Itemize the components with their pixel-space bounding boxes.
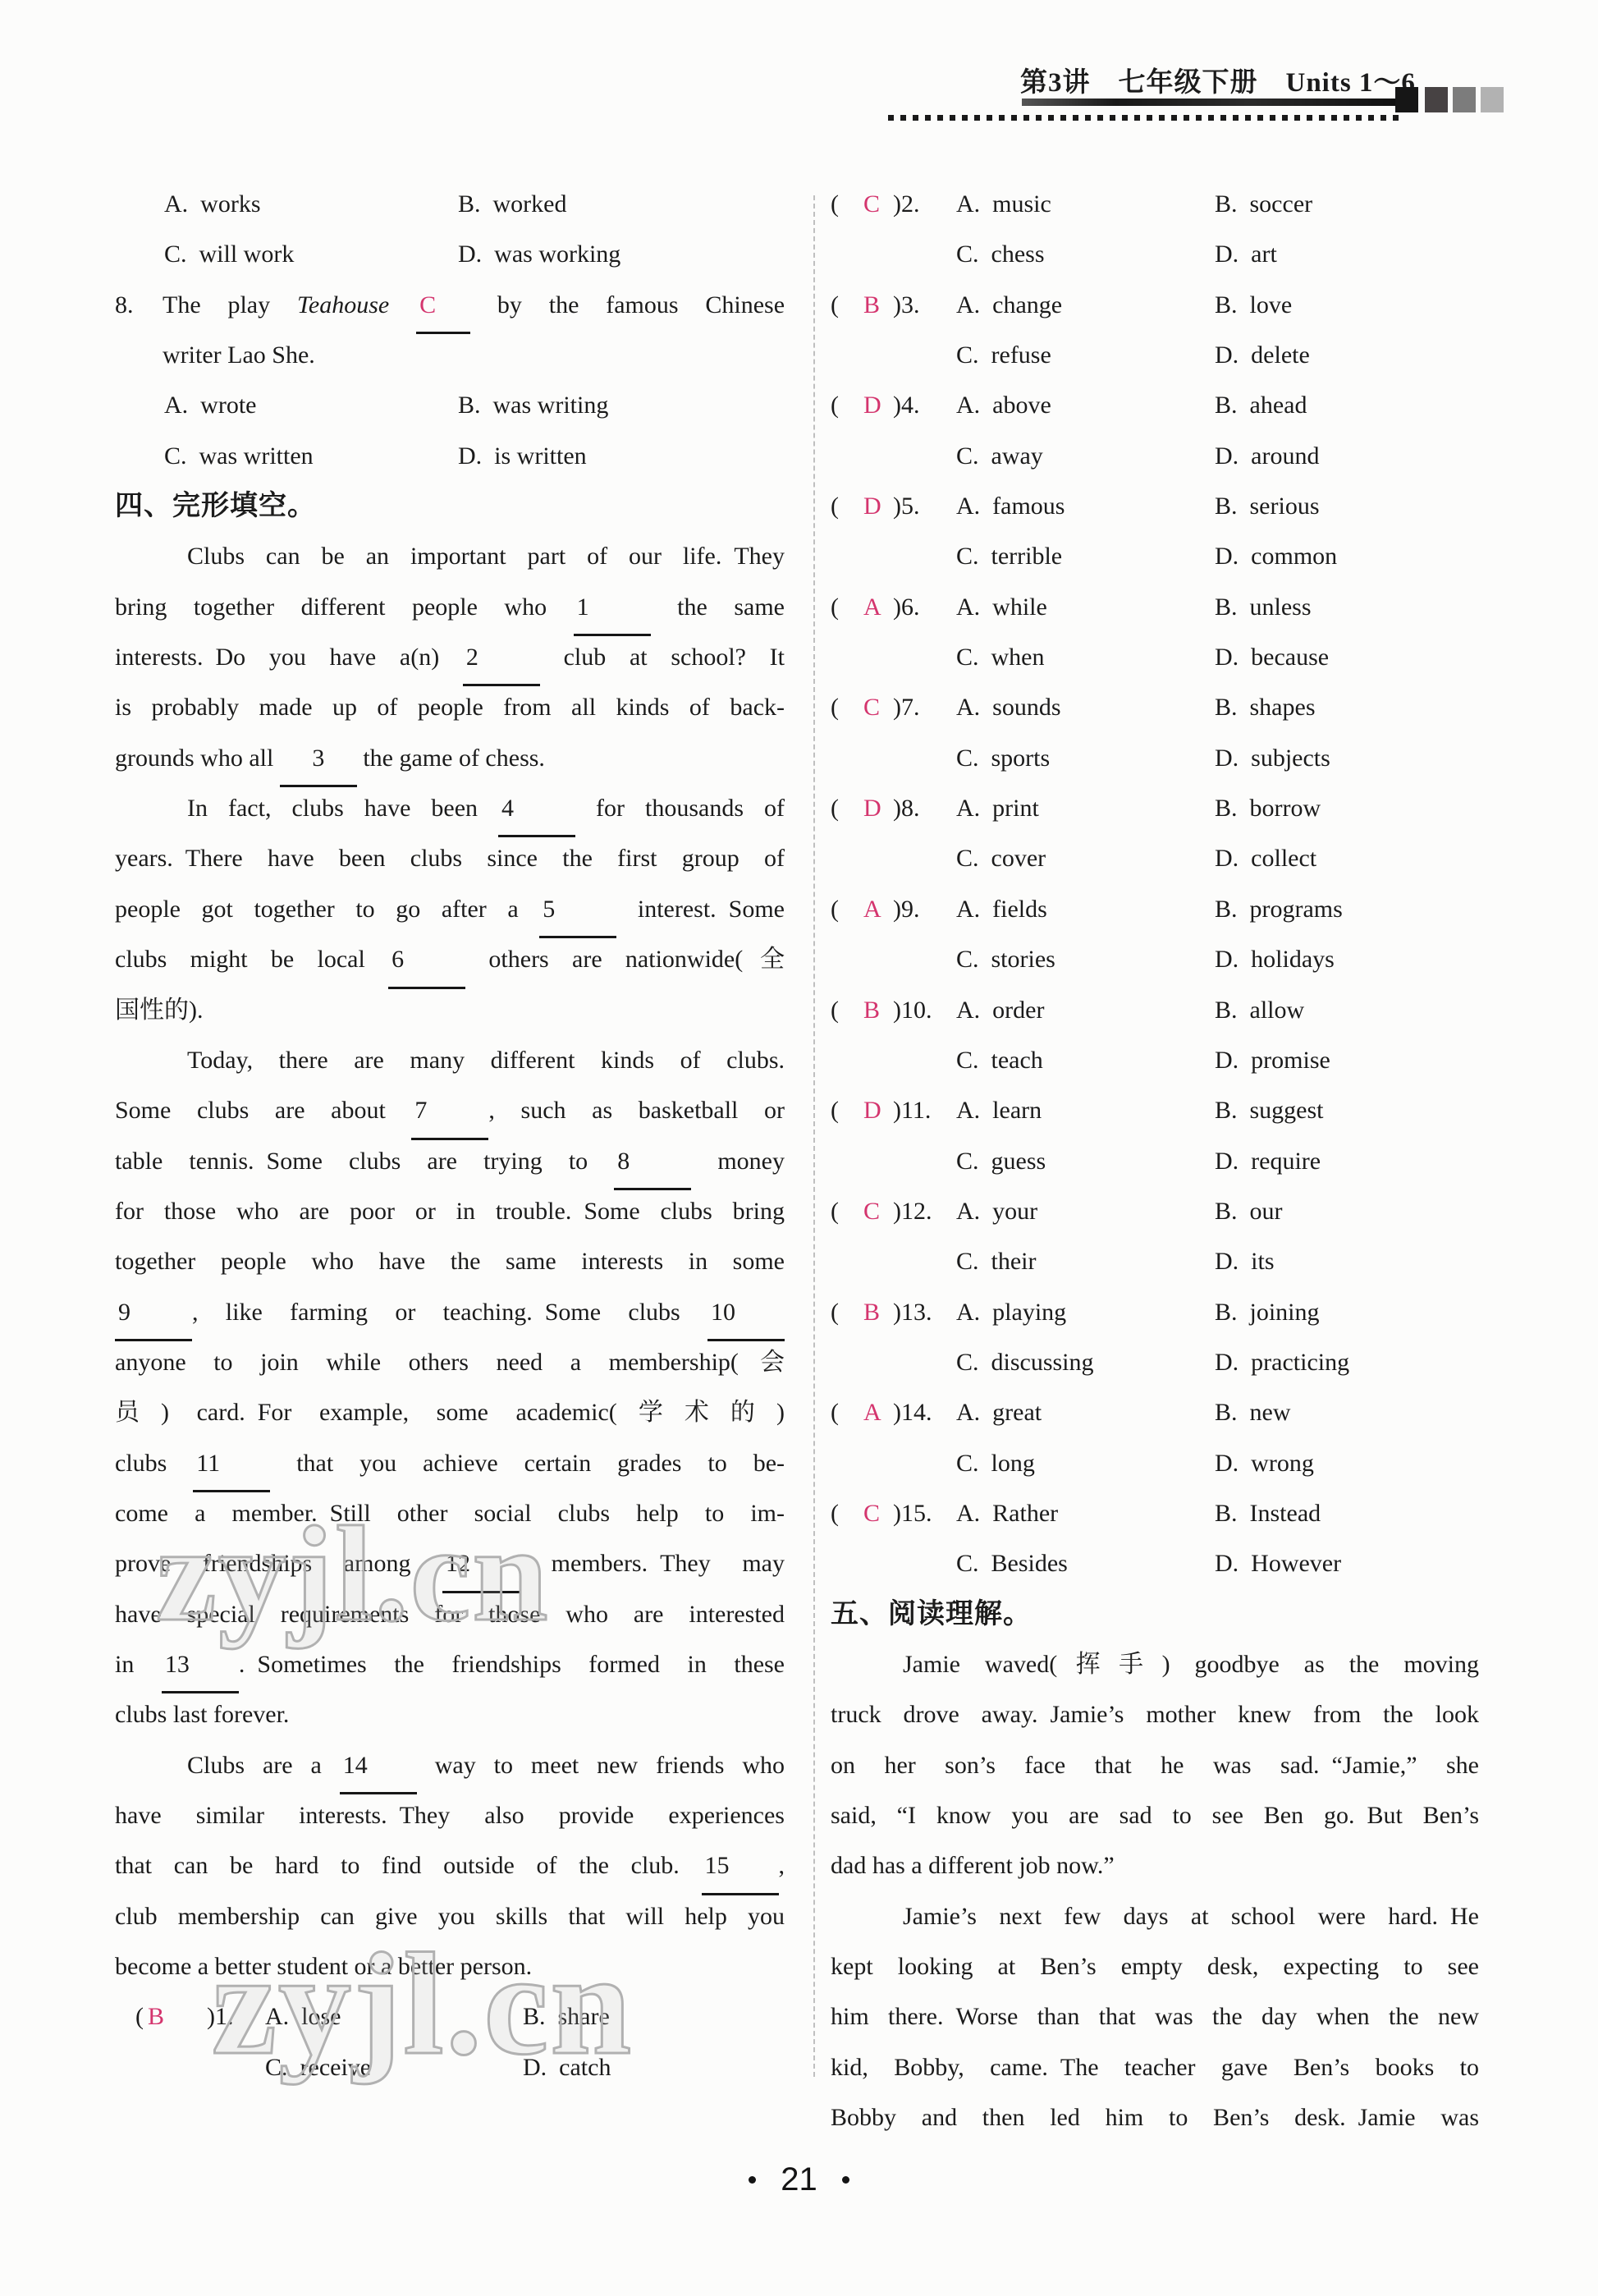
option-c: C. receive [265,2042,371,2092]
option-b: B. our [1215,1186,1283,1236]
mcq-item-9: (A)9.A. fieldsB. programs [831,884,1479,934]
mcq-item-1: (B)1.A. loseB. share [115,1991,785,2042]
header-underline-bar [1022,99,1398,106]
option-a: A. learn [956,1085,1042,1135]
question-number: )4. [893,380,920,430]
mcq-item-2-line2: C. chessD. art [831,229,1479,279]
passage-line: Bobby and then led him to Ben’s desk. Ja… [831,2092,1479,2142]
answer-letter: B [863,1287,880,1337]
open-paren: ( [831,179,839,229]
option-b: B. share [523,1991,610,2042]
cloze-line: Some clubs are about 7, such as basketba… [115,1085,785,1135]
header-square [1425,87,1448,112]
footer-dot [842,2176,849,2184]
cloze-line: In fact, clubs have been 4 for thousands… [115,783,785,833]
option-d: D. was working [458,229,620,279]
question-number: )14. [893,1387,932,1437]
answer-letter: C [863,1186,880,1236]
page-number: 21 [781,2161,817,2198]
option-b: B. Instead [1215,1488,1321,1538]
passage-line: kept looking at Ben’s empty desk, expect… [831,1941,1479,1991]
option-d: D. promise [1215,1035,1330,1085]
question-number: )15. [893,1488,932,1538]
option-b: B. borrow [1215,783,1321,833]
question-number: )13. [893,1287,932,1337]
mcq-item-9-line2: C. storiesD. holidays [831,934,1479,984]
mcq-item-13-line2: C. discussingD. practicing [831,1337,1479,1387]
open-paren: ( [135,1991,144,2042]
option-a: A. while [956,582,1047,632]
mcq-item-14-line2: C. longD. wrong [831,1438,1479,1488]
question-number: )1. [207,1991,234,2042]
cloze-line: clubs might be local 6 others are nation… [115,934,785,984]
open-paren: ( [831,1085,839,1135]
answer-letter: B [863,985,880,1035]
cloze-blank-2: 2 [463,632,540,686]
cloze-blank-12: 12 [442,1538,520,1593]
answer-letter: D [863,380,881,430]
option-a: A. sounds [956,682,1061,732]
option-c: C. was written [164,431,314,481]
cloze-line: 员) card. For example, some academic(学术的) [115,1387,785,1437]
option-c: C. away [956,431,1043,481]
passage-line: him there. Worse than that was the day w… [831,1991,1479,2042]
option-c: C. terrible [956,531,1062,581]
mcq-item-4: (D)4.A. aboveB. ahead [831,380,1479,430]
header-square [1481,87,1504,112]
question-number: 8. [115,280,163,330]
passage-line: said, “I know you are sad to see Ben go.… [831,1790,1479,1840]
answer-letter: C [419,291,436,319]
option-b: B. serious [1215,481,1320,531]
open-paren: ( [831,380,839,430]
option-a: A. above [956,380,1051,430]
option-c: C. chess [956,229,1045,279]
option-a: A. lose [265,1991,341,2042]
option-b: B. joining [1215,1287,1320,1337]
cloze-blank-11: 11 [193,1438,270,1492]
option-a: A. your [956,1186,1037,1236]
answer-letter: B [148,1991,164,2042]
right-column: (C)2.A. musicB. soccerC. chessD. art(B)3… [831,179,1479,2142]
question-number: )8. [893,783,920,833]
question-number: )12. [893,1186,932,1236]
question-number: )11. [893,1085,931,1135]
option-c: C. sports [956,733,1050,783]
option-d: D. is written [458,431,587,481]
header-square [1395,87,1418,112]
section-4-title: 四、完形填空。 [115,481,785,531]
mcq-item-10: (B)10.A. orderB. allow [831,985,1479,1035]
option-b: B. new [1215,1387,1291,1437]
cloze-line: together people who have the same intere… [115,1236,785,1286]
option-a: A. music [956,179,1051,229]
option-d: D. around [1215,431,1319,481]
option-c: C. their [956,1236,1037,1286]
option-c: C. teach [956,1035,1043,1085]
option-d: D. its [1215,1236,1275,1286]
option-d: D. because [1215,632,1329,682]
option-row: A. worksB. worked [115,179,785,229]
cloze-line: Clubs are a 14 way to meet new friends w… [115,1740,785,1790]
workbook-page: 第3讲 七年级下册 Units 1～6 A. worksB. workedC. … [0,0,1598,2296]
cloze-line: people got together to go after a 5 inte… [115,884,785,934]
open-paren: ( [831,682,839,732]
open-paren: ( [831,1488,839,1538]
option-d: D. collect [1215,833,1316,883]
section-5-title: 五、阅读理解。 [831,1589,1479,1639]
cloze-blank-13: 13 [162,1639,239,1693]
page-header-title: 第3讲 七年级下册 Units 1～6 [1020,61,1416,99]
cloze-line: in 13. Sometimes the friendships formed … [115,1639,785,1689]
option-row: C. was writtenD. is written [115,431,785,481]
mcq-item-10-line2: C. teachD. promise [831,1035,1479,1085]
option-c: C. Besides [956,1538,1068,1588]
option-a: A. print [956,783,1039,833]
option-a: A. fields [956,884,1047,934]
question-number: )7. [893,682,920,732]
option-d: D. delete [1215,330,1310,380]
passage-line: truck drove away. Jamie’s mother knew fr… [831,1689,1479,1739]
open-paren: ( [831,783,839,833]
question-number: )10. [893,985,932,1035]
option-d: D. art [1215,229,1277,279]
cloze-line: clubs last forever. [115,1689,785,1739]
cloze-blank-1: 1 [574,582,651,636]
answer-blank: C [416,280,470,334]
option-a: A. order [956,985,1044,1035]
option-d: D. subjects [1215,733,1330,783]
option-row: A. wroteB. was writing [115,380,785,430]
mcq-item-8-line2: C. coverD. collect [831,833,1479,883]
option-b: B. programs [1215,884,1343,934]
answer-letter: A [863,1387,881,1437]
cloze-line: bring together different people who 1 th… [115,582,785,632]
option-d: D. common [1215,531,1337,581]
option-row: C. will workD. was working [115,229,785,279]
answer-letter: C [863,682,880,732]
option-a: A. great [956,1387,1042,1437]
mcq-item-1-line2: C. receiveD. catch [115,2042,785,2092]
mcq-item-15-line2: C. BesidesD. However [831,1538,1479,1588]
option-c: C. long [956,1438,1035,1488]
header-square [1453,87,1476,112]
cloze-line: table tennis. Some clubs are trying to 8… [115,1136,785,1186]
mcq-item-3: (B)3.A. changeB. love [831,280,1479,330]
cloze-line: come a member. Still other social clubs … [115,1488,785,1538]
option-a: A. famous [956,481,1065,531]
option-b: B. unless [1215,582,1312,632]
question-8: 8.The play Teahouse C by the famous Chin… [115,280,785,330]
option-d: D. require [1215,1136,1321,1186]
cloze-blank-15: 15 [702,1840,779,1895]
option-b: B. worked [458,179,566,229]
cloze-line: anyone to join while others need a membe… [115,1337,785,1387]
option-c: C. discussing [956,1337,1094,1387]
cloze-blank-10: 10 [707,1287,785,1341]
answer-letter: B [863,280,880,330]
mcq-item-5-line2: C. terribleD. common [831,531,1479,581]
cloze-line: 9, like farming or teaching. Some clubs … [115,1287,785,1337]
mcq-item-6-line2: C. whenD. because [831,632,1479,682]
option-b: B. soccer [1215,179,1312,229]
answer-letter: C [863,1488,880,1538]
question-number: )6. [893,582,920,632]
answer-letter: C [863,179,880,229]
mcq-item-14: (A)14.A. greatB. new [831,1387,1479,1437]
option-d: D. holidays [1215,934,1335,984]
cloze-blank-6: 6 [388,934,465,988]
passage-line: dad has a different job now.” [831,1840,1479,1890]
question-number: )9. [893,884,920,934]
option-a: A. Rather [956,1488,1058,1538]
cloze-line: clubs 11 that you achieve certain grades… [115,1438,785,1488]
cloze-line: become a better student or a better pers… [115,1941,785,1991]
mcq-item-4-line2: C. awayD. around [831,431,1479,481]
answer-letter: D [863,481,881,531]
option-b: B. allow [1215,985,1304,1035]
option-a: A. change [956,280,1062,330]
question-number: )2. [893,179,920,229]
answer-letter: A [863,582,881,632]
mcq-item-3-line2: C. refuseD. delete [831,330,1479,380]
passage-line: Jamie’s next few days at school were har… [831,1891,1479,1941]
option-a: A. playing [956,1287,1066,1337]
passage-line: kid, Bobby, came. The teacher gave Ben’s… [831,2042,1479,2092]
cloze-blank-9: 9 [115,1287,192,1341]
cloze-blank-7: 7 [411,1085,488,1139]
open-paren: ( [831,985,839,1035]
mcq-item-8: (D)8.A. printB. borrow [831,783,1479,833]
cloze-line: Clubs can be an important part of our li… [115,531,785,581]
option-c: C. stories [956,934,1055,984]
cloze-line: grounds who all 3 the game of chess. [115,733,785,783]
option-b: B. love [1215,280,1292,330]
answer-letter: D [863,783,881,833]
cloze-line: Today, there are many different kinds of… [115,1035,785,1085]
cloze-blank-8: 8 [614,1136,691,1190]
option-b: B. ahead [1215,380,1307,430]
option-c: C. refuse [956,330,1051,380]
question-8-line2: writer Lao She. [115,330,785,380]
mcq-item-2: (C)2.A. musicB. soccer [831,179,1479,229]
mcq-item-5: (D)5.A. famousB. serious [831,481,1479,531]
option-a: A. wrote [164,380,256,430]
passage-line: Jamie waved(挥手) goodbye as the moving [831,1639,1479,1689]
mcq-item-13: (B)13.A. playingB. joining [831,1287,1479,1337]
cloze-line: for those who are poor or in trouble. So… [115,1186,785,1236]
option-c: C. when [956,632,1045,682]
left-column: A. worksB. workedC. will workD. was work… [115,179,785,2092]
mcq-item-7-line2: C. sportsD. subjects [831,733,1479,783]
open-paren: ( [831,1186,839,1236]
passage-line: on her son’s face that he was sad. “Jami… [831,1740,1479,1790]
option-a: A. works [164,179,261,229]
option-c: C. will work [164,229,294,279]
cloze-blank-3: 3 [280,733,357,787]
cloze-line: have similar interests. They also provid… [115,1790,785,1840]
cloze-line: club membership can give you skills that… [115,1891,785,1941]
option-c: C. cover [956,833,1046,883]
mcq-item-6: (A)6.A. whileB. unless [831,582,1479,632]
cloze-blank-5: 5 [539,884,616,938]
open-paren: ( [831,582,839,632]
option-b: B. shapes [1215,682,1316,732]
mcq-item-7: (C)7.A. soundsB. shapes [831,682,1479,732]
option-d: D. practicing [1215,1337,1349,1387]
option-d: D. catch [523,2042,611,2092]
play-title-italic: Teahouse [297,291,389,319]
cloze-line: that can be hard to find outside of the … [115,1840,785,1890]
mcq-item-11-line2: C. guessD. require [831,1136,1479,1186]
open-paren: ( [831,280,839,330]
open-paren: ( [831,884,839,934]
cloze-line: have special requirements for those who … [115,1589,785,1639]
answer-letter: A [863,884,881,934]
cloze-line: years. There have been clubs since the f… [115,833,785,883]
header-dotted-line [888,115,1399,121]
cloze-line: 国性的). [115,985,785,1035]
option-d: D. However [1215,1538,1341,1588]
cloze-line: interests. Do you have a(n) 2 club at sc… [115,632,785,682]
mcq-item-15: (C)15.A. RatherB. Instead [831,1488,1479,1538]
mcq-item-12: (C)12.A. yourB. our [831,1186,1479,1236]
cloze-blank-14: 14 [340,1740,417,1794]
mcq-item-11: (D)11.A. learnB. suggest [831,1085,1479,1135]
mcq-item-12-line2: C. theirD. its [831,1236,1479,1286]
option-d: D. wrong [1215,1438,1314,1488]
option-b: B. suggest [1215,1085,1324,1135]
question-number: )3. [893,280,920,330]
open-paren: ( [831,481,839,531]
cloze-line: prove friendships among 12 members. They… [115,1538,785,1588]
column-divider [813,195,815,2077]
page-footer: 21 [0,2161,1598,2198]
footer-dot [749,2176,756,2184]
open-paren: ( [831,1387,839,1437]
cloze-blank-4: 4 [498,783,575,837]
option-b: B. was writing [458,380,608,430]
question-number: )5. [893,481,920,531]
cloze-line: is probably made up of people from all k… [115,682,785,732]
answer-letter: D [863,1085,881,1135]
open-paren: ( [831,1287,839,1337]
option-c: C. guess [956,1136,1046,1186]
